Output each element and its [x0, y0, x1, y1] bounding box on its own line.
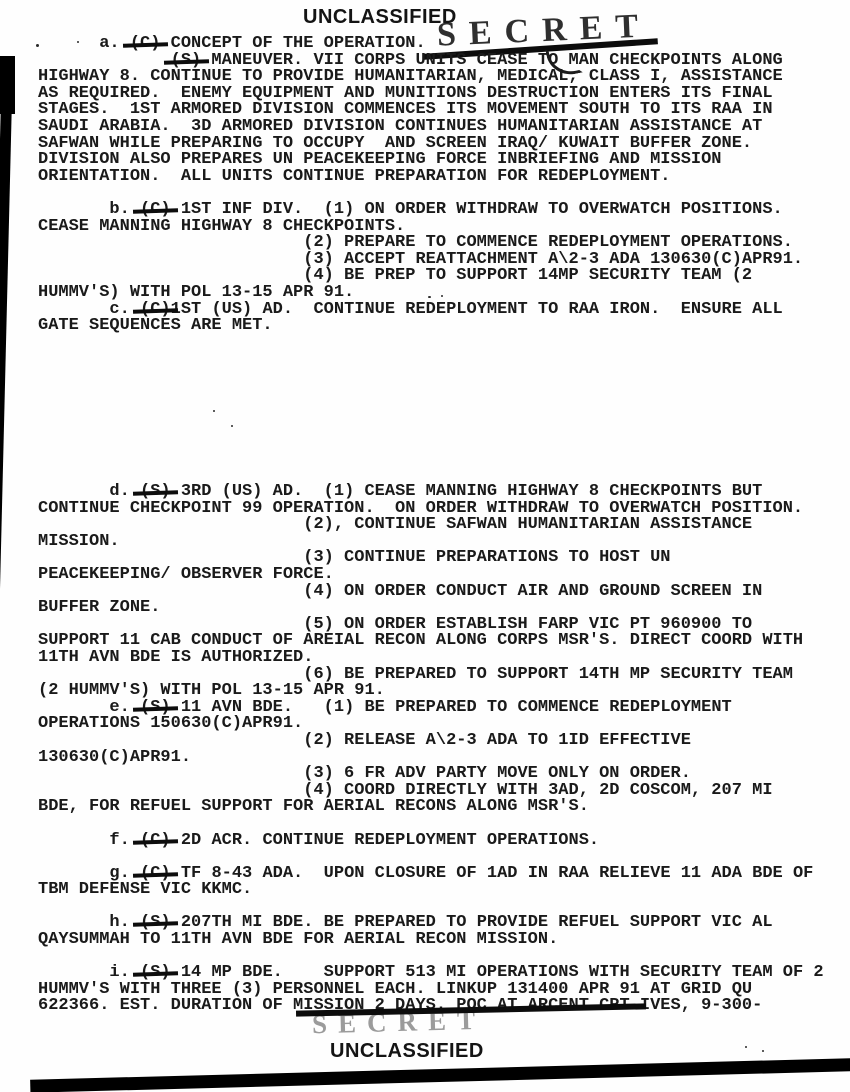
doc-line: [38, 384, 824, 401]
footer-classification: UNCLASSIFIED: [330, 1040, 484, 1062]
bottom-edge-scan-artifact: [30, 1058, 850, 1092]
classification-marking-struck: (S): [140, 915, 171, 932]
doc-line: [38, 418, 824, 435]
doc-text: (2), CONTINUE SAFWAN HUMANITARIAN ASSIST…: [38, 515, 752, 534]
doc-text: f.: [38, 831, 140, 850]
scan-speck: [745, 1046, 747, 1048]
doc-text: 2D ACR. CONTINUE REDEPLOYMENT OPERATIONS…: [171, 831, 599, 850]
doc-line: (2), CONTINUE SAFWAN HUMANITARIAN ASSIST…: [38, 517, 824, 534]
doc-text: TBM DEFENSE VIC KKMC.: [38, 880, 252, 899]
classification-marking-struck: (C): [140, 833, 171, 850]
doc-line: [38, 451, 824, 468]
classification-marking-struck: (C): [140, 866, 171, 883]
scan-speck: [213, 410, 215, 412]
doc-line: BDE, FOR REFUEL SUPPORT FOR AERIAL RECON…: [38, 799, 824, 816]
scan-speck: [441, 295, 443, 297]
doc-line: QAYSUMMAH TO 11TH AVN BDE FOR AERIAL REC…: [38, 932, 824, 949]
doc-text: GATE SEQUENCES ARE MET.: [38, 316, 273, 335]
classification-marking-struck: (S): [140, 700, 171, 717]
scan-speck: [428, 296, 431, 298]
document-body: a. (C) CONCEPT OF THE OPERATION. (S) MAN…: [38, 36, 824, 1015]
classification-marking-struck: (C): [140, 302, 171, 319]
scan-speck: [36, 44, 39, 47]
classification-marking-struck: (C): [140, 202, 171, 219]
scan-speck: [231, 425, 233, 427]
classification-marking-struck: (C): [130, 36, 161, 53]
doc-line: GATE SEQUENCES ARE MET.: [38, 318, 824, 335]
doc-line: [38, 368, 824, 385]
doc-line: [38, 434, 824, 451]
classification-marking-struck: (S): [140, 965, 171, 982]
doc-line: [38, 401, 824, 418]
left-edge-scan-artifact: [0, 57, 13, 1079]
doc-line: e. (S) 11 AVN BDE. (1) BE PREPARED TO CO…: [38, 700, 824, 717]
doc-line: c. (C)1ST (US) AD. CONTINUE REDEPLOYMENT…: [38, 302, 824, 319]
doc-text: TF 8-43 ADA. UPON CLOSURE OF 1AD IN RAA …: [171, 864, 814, 883]
doc-line: b. (C) 1ST INF DIV. (1) ON ORDER WITHDRA…: [38, 202, 824, 219]
doc-line: ORIENTATION. ALL UNITS CONTINUE PREPARAT…: [38, 169, 824, 186]
doc-text: QAYSUMMAH TO 11TH AVN BDE FOR AERIAL REC…: [38, 930, 558, 949]
scan-speck: [612, 591, 614, 593]
doc-line: TBM DEFENSE VIC KKMC.: [38, 882, 824, 899]
doc-line: [38, 335, 824, 352]
doc-text: ORIENTATION. ALL UNITS CONTINUE PREPARAT…: [38, 167, 671, 186]
doc-line: [38, 351, 824, 368]
scan-speck: [77, 41, 79, 43]
doc-line: f. (C) 2D ACR. CONTINUE REDEPLOYMENT OPE…: [38, 833, 824, 850]
doc-line: g. (C) TF 8-43 ADA. UPON CLOSURE OF 1AD …: [38, 866, 824, 883]
classification-marking-struck: (S): [171, 53, 202, 70]
scan-speck: [762, 1050, 764, 1052]
classification-marking-struck: (S): [140, 484, 171, 501]
header-classification: UNCLASSIFIED: [303, 6, 457, 28]
doc-text: BDE, FOR REFUEL SUPPORT FOR AERIAL RECON…: [38, 797, 589, 816]
